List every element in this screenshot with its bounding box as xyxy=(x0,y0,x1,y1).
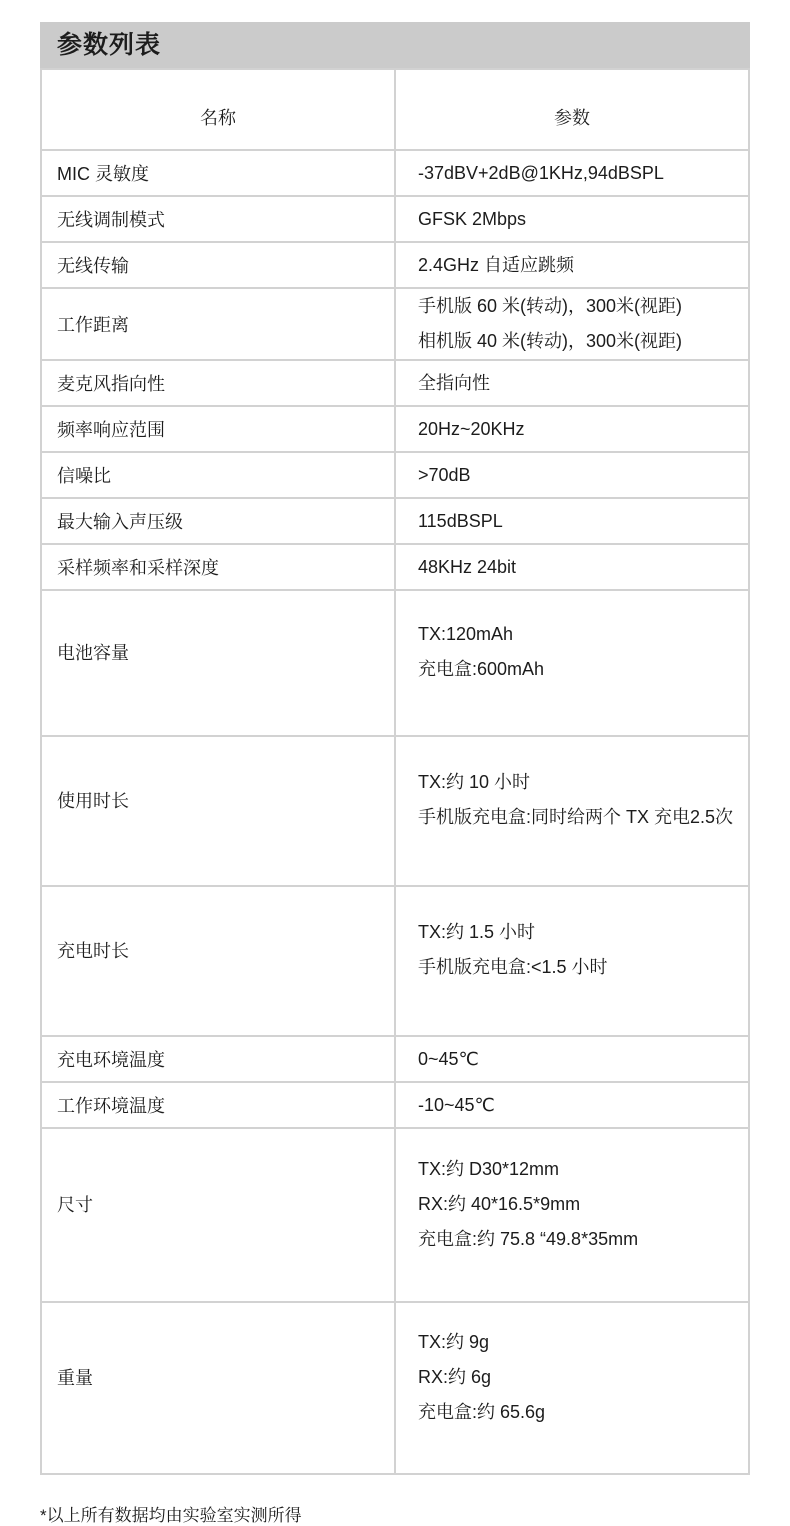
param-name-cell: 电池容量 xyxy=(41,590,395,736)
table-row: 电池容量TX:120mAh充电盒:600mAh xyxy=(41,590,749,736)
param-name-cell: 充电时长 xyxy=(41,886,395,1036)
param-name-cell: 信噪比 xyxy=(41,452,395,498)
footnote: *以上所有数据均由实验室实测所得 xyxy=(40,1501,750,1526)
param-value-cell: 全指向性 xyxy=(395,360,749,406)
table-row: 频率响应范围20Hz~20KHz xyxy=(41,406,749,452)
param-value-line: 手机版 60 米(转动)，300米(视距) xyxy=(418,289,742,324)
param-value-line: RX:约 40*16.5*9mm xyxy=(418,1187,742,1222)
table-row: 工作环境温度-10~45℃ xyxy=(41,1082,749,1128)
param-value-line: -37dBV+2dB@1KHz,94dBSPL xyxy=(418,156,742,191)
param-value-line: GFSK 2Mbps xyxy=(418,202,742,237)
param-value-line: RX:约 6g xyxy=(418,1360,742,1395)
param-value-cell: GFSK 2Mbps xyxy=(395,196,749,242)
param-value-cell: TX:约 10 小时手机版充电盒:同时给两个 TX 充电2.5次 xyxy=(395,736,749,886)
param-name-cell: 充电环境温度 xyxy=(41,1036,395,1082)
param-name-cell: 频率响应范围 xyxy=(41,406,395,452)
param-value-line: 115dBSPL xyxy=(418,504,742,539)
table-row: 工作距离手机版 60 米(转动)，300米(视距)相机版 40 米(转动)，30… xyxy=(41,288,749,360)
table-row: MIC 灵敏度-37dBV+2dB@1KHz,94dBSPL xyxy=(41,150,749,196)
param-value-line: TX:约 9g xyxy=(418,1325,742,1360)
table-row: 采样频率和采样深度48KHz 24bit xyxy=(41,544,749,590)
param-name-cell: 尺寸 xyxy=(41,1128,395,1302)
param-value-line: 2.4GHz 自适应跳频 xyxy=(418,248,742,283)
column-header-name: 名称 xyxy=(41,69,395,150)
param-value-line: 0~45℃ xyxy=(418,1042,742,1077)
param-value-line: 手机版充电盒:<1.5 小时 xyxy=(418,950,742,985)
spec-table: 名称 参数 MIC 灵敏度-37dBV+2dB@1KHz,94dBSPL无线调制… xyxy=(40,68,750,1475)
param-value-line: -10~45℃ xyxy=(418,1088,742,1123)
table-row: 无线传输2.4GHz 自适应跳频 xyxy=(41,242,749,288)
param-name-cell: 重量 xyxy=(41,1302,395,1474)
table-row: 无线调制模式GFSK 2Mbps xyxy=(41,196,749,242)
param-name-cell: 工作距离 xyxy=(41,288,395,360)
param-value-cell: 115dBSPL xyxy=(395,498,749,544)
param-value-line: TX:约 10 小时 xyxy=(418,765,742,800)
param-value-line: 48KHz 24bit xyxy=(418,550,742,585)
param-name-cell: 工作环境温度 xyxy=(41,1082,395,1128)
param-value-cell: TX:约 1.5 小时手机版充电盒:<1.5 小时 xyxy=(395,886,749,1036)
table-row: 充电环境温度0~45℃ xyxy=(41,1036,749,1082)
param-name-cell: 无线调制模式 xyxy=(41,196,395,242)
param-value-line: 20Hz~20KHz xyxy=(418,412,742,447)
param-value-cell: TX:约 9gRX:约 6g充电盒:约 65.6g xyxy=(395,1302,749,1474)
param-name-cell: 使用时长 xyxy=(41,736,395,886)
param-value-cell: 2.4GHz 自适应跳频 xyxy=(395,242,749,288)
param-value-cell: TX:约 D30*12mmRX:约 40*16.5*9mm充电盒:约 75.8 … xyxy=(395,1128,749,1302)
param-value-line: >70dB xyxy=(418,458,742,493)
param-name-cell: 麦克风指向性 xyxy=(41,360,395,406)
table-row: 使用时长TX:约 10 小时手机版充电盒:同时给两个 TX 充电2.5次 xyxy=(41,736,749,886)
spec-sheet: 参数列表 名称 参数 MIC 灵敏度-37dBV+2dB@1KHz,94dBSP… xyxy=(40,22,750,1526)
table-row: 麦克风指向性全指向性 xyxy=(41,360,749,406)
param-value-line: TX:约 D30*12mm xyxy=(418,1152,742,1187)
header-row: 名称 参数 xyxy=(41,69,749,150)
param-value-line: TX:约 1.5 小时 xyxy=(418,915,742,950)
page-title: 参数列表 xyxy=(40,22,750,68)
param-value-line: 充电盒:600mAh xyxy=(418,652,742,687)
param-value-cell: 0~45℃ xyxy=(395,1036,749,1082)
table-row: 重量TX:约 9gRX:约 6g充电盒:约 65.6g xyxy=(41,1302,749,1474)
param-value-cell: -37dBV+2dB@1KHz,94dBSPL xyxy=(395,150,749,196)
table-row: 信噪比>70dB xyxy=(41,452,749,498)
param-value-line: 全指向性 xyxy=(418,366,742,401)
param-value-line: 手机版充电盒:同时给两个 TX 充电2.5次 xyxy=(418,800,742,835)
param-value-cell: 20Hz~20KHz xyxy=(395,406,749,452)
param-name-cell: 最大输入声压级 xyxy=(41,498,395,544)
param-value-cell: 手机版 60 米(转动)，300米(视距)相机版 40 米(转动)，300米(视… xyxy=(395,288,749,360)
param-value-line: TX:120mAh xyxy=(418,617,742,652)
param-name-cell: 采样频率和采样深度 xyxy=(41,544,395,590)
param-name-cell: 无线传输 xyxy=(41,242,395,288)
param-value-cell: TX:120mAh充电盒:600mAh xyxy=(395,590,749,736)
table-row: 最大输入声压级115dBSPL xyxy=(41,498,749,544)
param-value-cell: >70dB xyxy=(395,452,749,498)
column-header-value: 参数 xyxy=(395,69,749,150)
param-value-line: 相机版 40 米(转动)，300米(视距) xyxy=(418,324,742,359)
table-row: 充电时长TX:约 1.5 小时手机版充电盒:<1.5 小时 xyxy=(41,886,749,1036)
param-value-cell: 48KHz 24bit xyxy=(395,544,749,590)
param-name-cell: MIC 灵敏度 xyxy=(41,150,395,196)
table-row: 尺寸TX:约 D30*12mmRX:约 40*16.5*9mm充电盒:约 75.… xyxy=(41,1128,749,1302)
param-value-line: 充电盒:约 75.8 “49.8*35mm xyxy=(418,1222,742,1257)
param-value-line: 充电盒:约 65.6g xyxy=(418,1395,742,1430)
param-value-cell: -10~45℃ xyxy=(395,1082,749,1128)
